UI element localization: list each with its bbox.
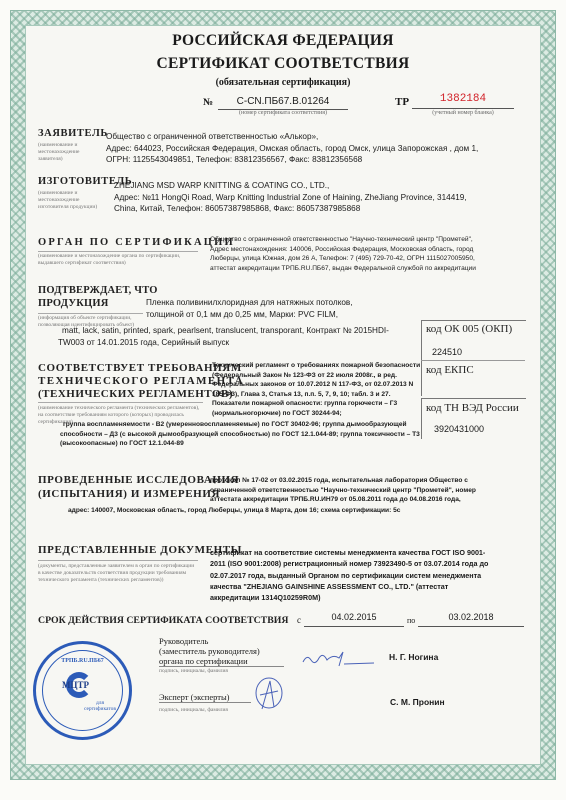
country-heading: РОССИЙСКАЯ ФЕДЕРАЦИЯ xyxy=(0,32,566,50)
manufacturer-note: (наименование и местонахождение изготови… xyxy=(38,190,110,211)
regulation-line: 185-ФЗ), Глава 3, Статья 13, п.п. 5, 7, … xyxy=(212,390,422,400)
okp-code-value: 224510 xyxy=(422,335,526,357)
certificate-title: СЕРТИФИКАТ СООТВЕТСТВИЯ xyxy=(0,55,566,73)
head-signature-caption: подпись, инициалы, фамилия xyxy=(159,668,228,675)
okp-code-label: код ОК 005 (ОКП) xyxy=(422,321,526,335)
validity-from-label: с xyxy=(297,615,301,625)
validity-to-label: по xyxy=(407,616,415,625)
product-line: matt, lack, satin, printed, spark, pearl… xyxy=(62,325,422,337)
cert-body-line: Адрес местонахождения: 140006, Российска… xyxy=(210,245,530,255)
applicant-label: ЗАЯВИТЕЛЬ xyxy=(38,128,108,139)
applicant-note: (наименование и местонахождение заявител… xyxy=(38,142,103,163)
applicant-line: Общество с ограниченной ответственностью… xyxy=(106,131,526,143)
certificate-number-caption: (номер сертификата соответствия) xyxy=(218,110,348,116)
documents-note: (документы, представленные заявителем в … xyxy=(38,560,198,584)
tnved-code-value: 3920431000 xyxy=(422,414,526,434)
manufacturer-line: ZHEJIANG MSD WARP KNITTING & COATING CO.… xyxy=(114,180,524,192)
stamp-center-text: МЦТР xyxy=(62,680,89,690)
documents-line: качества "ZHEJIANG GAINSHINE ASSESSMENT … xyxy=(210,581,530,592)
cert-body-note: (наименование и местонахождение органа п… xyxy=(38,251,198,267)
regulation-info-wide: группа воспламеняемости - В2 (умеренново… xyxy=(60,420,420,449)
cert-body-line: Общество с ограниченной ответственностью… xyxy=(210,235,530,245)
certification-stamp: ТРПБ.RU.ПБ67 МЦТР для сертификатов xyxy=(33,641,132,740)
head-name: Н. Г. Ногина xyxy=(389,652,438,662)
head-signature-label: Руководитель (заместитель руководителя) … xyxy=(159,636,284,667)
head-signature-icon xyxy=(300,650,380,672)
head-label-line: Руководитель xyxy=(159,636,284,646)
regulation-line: (нормальногорючие) по ГОСТ 30244-94; xyxy=(212,409,422,419)
manufacturer-info: ZHEJIANG MSD WARP KNITTING & COATING CO.… xyxy=(114,180,524,215)
cert-body-line: Люберцы, улица Южная, дом 26 А, Телефон:… xyxy=(210,254,530,264)
tests-info: протокол № 17-02 от 03.02.2015 года, исп… xyxy=(210,476,530,505)
regulation-info: Технический регламент о требованиях пожа… xyxy=(212,361,422,419)
manufacturer-line: Адрес: №11 HongQi Road, Warp Knitting In… xyxy=(114,192,524,204)
stamp-top-text: ТРПБ.RU.ПБ67 xyxy=(36,658,129,664)
applicant-line: ОГРН: 1125543049851, Телефон: 8381235656… xyxy=(106,154,526,166)
head-label-line: (заместитель руководителя) xyxy=(159,646,284,656)
regulation-line: Показатели пожарной опасности: группа го… xyxy=(212,399,422,409)
regulation-line: Федеральных законов от 10.07.2012 N 117-… xyxy=(212,380,422,390)
tnved-code-label: код ТН ВЭД России xyxy=(422,399,526,414)
blank-number-caption: (учетный номер бланка) xyxy=(412,110,514,116)
validity-from-date: 04.02.2015 xyxy=(304,612,404,627)
regulation-wide-line: группа воспламеняемости - В2 (умеренново… xyxy=(63,420,420,430)
applicant-line: Адрес: 644023, Российская Федерация, Омс… xyxy=(106,143,526,155)
regulation-line: Технический регламент о требованиях пожа… xyxy=(212,361,422,371)
applicant-info: Общество с ограниченной ответственностью… xyxy=(106,131,526,166)
manufacturer-line: China, Китай, Телефон: 86057387985868, Ф… xyxy=(114,203,524,215)
product-info-bottom: matt, lack, satin, printed, spark, pearl… xyxy=(62,325,422,348)
tr-label: ТР xyxy=(395,96,409,108)
product-line: TW003 от 14.01.2015 года, Серийный выпус… xyxy=(58,337,422,349)
documents-line: сертификат на соответствие системы менед… xyxy=(210,547,530,558)
product-line: Пленка поливинилхлоридная для натяжных п… xyxy=(146,297,406,309)
tests-line: протокол № 17-02 от 03.02.2015 года, исп… xyxy=(210,476,530,486)
cert-body-label: ОРГАН ПО СЕРТИФИКАЦИИ xyxy=(38,237,235,248)
regulation-wide-line: способности – Д3 (с высокой дымообразующ… xyxy=(60,430,420,440)
tests-line: ограниченной ответственностью "Научно-те… xyxy=(210,486,530,496)
documents-line: 02.07.2017 года, выданный Органом по сер… xyxy=(210,570,530,581)
cert-body-line: аттестат аккредитации ТРПБ.RU.ПБ67, выда… xyxy=(210,264,530,274)
certificate-number: C-CN.ПБ67.В.01264 xyxy=(218,96,348,110)
validity-to-date: 03.02.2018 xyxy=(418,612,524,627)
blank-number: 1382184 xyxy=(412,93,514,109)
tnved-code-box: код ТН ВЭД России 3920431000 xyxy=(421,398,526,439)
documents-line: аккредитации 1314Q10259R0M) xyxy=(210,592,530,603)
number-label: № xyxy=(203,97,213,108)
expert-caption: подпись, инициалы, фамилия xyxy=(159,707,228,714)
expert-label: Эксперт (эксперты) xyxy=(159,692,251,703)
head-label-line: органа по сертификации xyxy=(159,656,284,666)
validity-label: СРОК ДЕЙСТВИЯ СЕРТИФИКАТА СООТВЕТСТВИЯ xyxy=(38,615,288,626)
tests-address: адрес: 140007, Московская область, город… xyxy=(68,506,528,516)
documents-line: 2011 (ISO 9001:2008) регистрационный ном… xyxy=(210,558,530,569)
product-label-2: ПРОДУКЦИЯ xyxy=(38,298,109,309)
product-line: толщиной от 0,1 мм до 0,25 мм, Марки: PV… xyxy=(146,309,406,321)
stamp-inner-text: для сертификатов xyxy=(80,700,120,712)
okp-code-box: код ОК 005 (ОКП) 224510 xyxy=(421,320,526,361)
ekps-code-label: код ЕКПС xyxy=(422,361,526,376)
regulation-wide-line: (высокоопасные) по ГОСТ 12.1.044-89 xyxy=(60,439,420,449)
documents-info: сертификат на соответствие системы менед… xyxy=(210,547,530,603)
regulation-line: (Федеральный Закон № 123-ФЗ от 22 июля 2… xyxy=(212,371,422,381)
expert-signature-icon xyxy=(252,675,286,715)
certificate-subtitle: (обязательная сертификация) xyxy=(0,77,566,88)
tests-line: аттестата аккредитации ТРПБ.RU.ИН79 от 0… xyxy=(210,495,530,505)
ekps-code-box: код ЕКПС xyxy=(421,361,526,396)
cert-body-info: Общество с ограниченной ответственностью… xyxy=(210,235,530,273)
product-info-top: Пленка поливинилхлоридная для натяжных п… xyxy=(146,297,406,320)
expert-name: С. М. Пронин xyxy=(390,697,445,707)
product-label-1: ПОДТВЕРЖДАЕТ, ЧТО xyxy=(38,285,158,296)
